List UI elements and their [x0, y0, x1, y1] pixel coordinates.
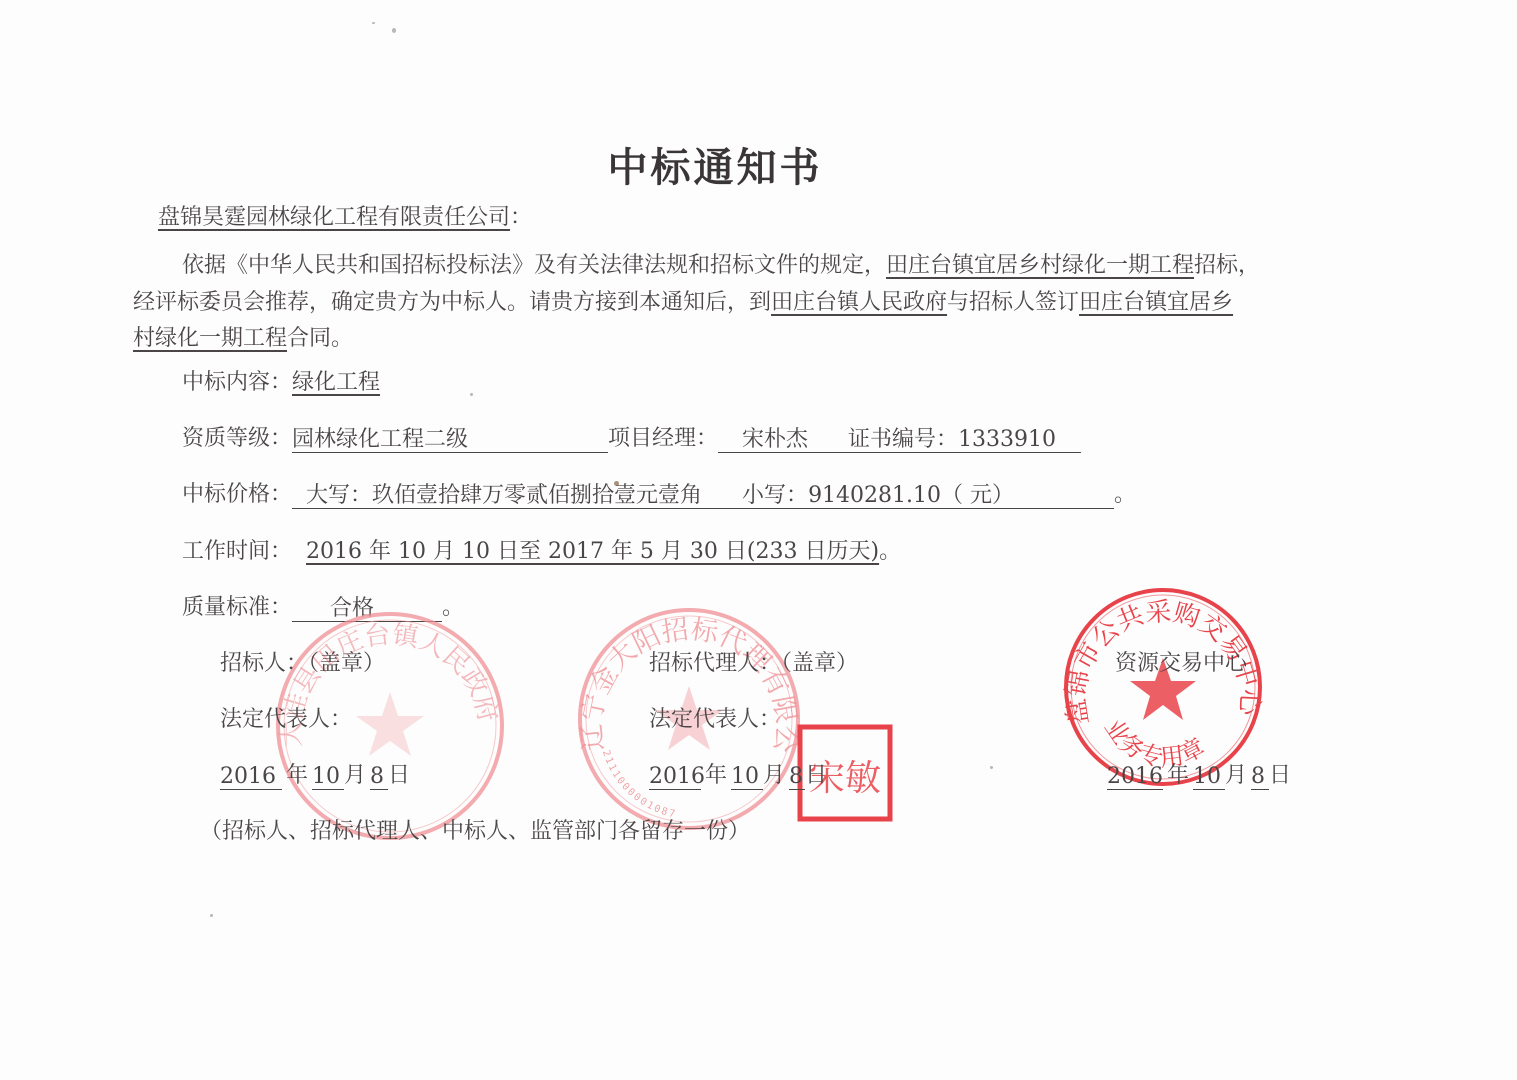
date-unit: 日	[805, 763, 827, 788]
body-text: 经评标委员会推荐，确定贵方为中标人。请贵方接到本通知后，到	[133, 290, 771, 315]
body-line-2: 经评标委员会推荐，确定贵方为中标人。请贵方接到本通知后，到田庄台镇人民政府与招标…	[133, 289, 1233, 317]
date-year: 2016	[220, 763, 282, 790]
date-day: 8	[1251, 763, 1269, 790]
exchange-center-label: 资源交易中心	[1115, 650, 1247, 678]
field-label: 资质等级：	[182, 426, 292, 451]
work-period-value: 2016 年 10 月 10 日至 2017 年 5 月 30 日(233 日历…	[292, 539, 879, 564]
body-line-3: 村绿化一期工程合同。	[133, 325, 353, 353]
field-label: 大写：	[292, 483, 372, 508]
price-in-figures: 9140281.10	[808, 483, 941, 508]
date-year: 2016	[649, 763, 701, 790]
signing-place: 田庄台镇人民政府	[771, 290, 947, 315]
date-day: 8	[370, 763, 388, 790]
addressee-company: 盘锦昊霆园林绿化工程有限责任公司	[158, 205, 510, 230]
scan-speck	[210, 914, 213, 917]
field-qualification: 资质等级：园林绿化工程二级项目经理：宋朴杰证书编号：1333910	[182, 425, 1081, 453]
footnote: （招标人、招标代理人、中标人、监管部门各留存一份）	[200, 818, 750, 846]
field-bid-content: 中标内容：绿化工程	[182, 369, 380, 397]
date-unit: 日	[388, 763, 410, 788]
certificate-number: 1333910	[958, 427, 1056, 452]
quality-standard-value: 合格	[292, 596, 374, 621]
agent-date: 2016年10月8日	[649, 762, 827, 790]
scan-speck	[392, 28, 396, 33]
project-manager-name: 宋朴杰	[718, 427, 808, 452]
scan-speck	[614, 481, 619, 486]
date-unit: 日	[1269, 763, 1291, 788]
document-title: 中标通知书	[0, 136, 1430, 193]
field-value: 园林绿化工程二级	[292, 427, 468, 452]
date-month: 10	[312, 763, 344, 790]
exchange-center-date: 2016年10月8日	[1107, 762, 1291, 790]
field-label: 证书编号：	[808, 427, 958, 452]
punctuation: 。	[442, 595, 464, 620]
field-bid-price: 中标价格：大写：玖佰壹拾肆万零贰佰捌拾壹元壹角小写：9140281.10（ 元）…	[182, 481, 1136, 509]
field-label: 质量标准：	[182, 595, 292, 620]
scan-speck	[990, 766, 993, 769]
body-text: 合同。	[287, 326, 353, 351]
field-label: 中标内容：	[182, 370, 292, 395]
date-month: 10	[731, 763, 763, 790]
project-name: 田庄台镇宜居乡村绿化一期工程	[886, 253, 1194, 278]
field-quality-standard: 质量标准：合格。	[182, 594, 464, 622]
date-unit: 年	[1163, 763, 1193, 788]
scan-speck	[470, 393, 473, 396]
date-unit: 年	[701, 763, 731, 788]
contract-project-name: 村绿化一期工程	[133, 326, 287, 351]
field-value-underline: 合格	[292, 595, 442, 622]
body-text: 与招标人签订	[947, 290, 1079, 315]
tenderer-rep-label: 法定代表人：	[220, 706, 352, 734]
date-unit: 月	[344, 763, 366, 788]
bid-award-notice-page: 中标通知书 盘锦昊霆园林绿化工程有限责任公司： 依据《中华人民共和国招标投标法》…	[0, 0, 1517, 1080]
contract-project-name: 田庄台镇宜居乡	[1079, 290, 1233, 315]
price-in-words: 玖佰壹拾肆万零贰佰捌拾壹元壹角	[372, 483, 702, 508]
scan-speck	[372, 22, 375, 24]
field-work-period: 工作时间：2016 年 10 月 10 日至 2017 年 5 月 30 日(2…	[182, 538, 901, 566]
field-value-underline: 大写：玖佰壹拾肆万零贰佰捌拾壹元壹角小写：9140281.10（ 元）	[292, 482, 1114, 509]
date-year: 2016	[1107, 763, 1163, 790]
field-value-underline: 园林绿化工程二级	[292, 426, 608, 453]
field-value-underline: 宋朴杰证书编号：1333910	[718, 426, 1081, 453]
field-label: 工作时间：	[182, 539, 292, 564]
date-unit: 月	[1225, 763, 1247, 788]
addressee-line: 盘锦昊霆园林绿化工程有限责任公司：	[158, 204, 532, 232]
punctuation: 。	[1114, 482, 1136, 507]
date-month: 10	[1193, 763, 1225, 790]
tenderer-label: 招标人：（盖章）	[220, 650, 385, 678]
field-label: 中标价格：	[182, 482, 292, 507]
agent-rep-label: 法定代表人：	[649, 706, 781, 734]
date-unit: 月	[763, 763, 785, 788]
date-unit: 年	[282, 763, 312, 788]
field-value: 绿化工程	[292, 370, 380, 395]
addressee-colon: ：	[510, 205, 532, 230]
punctuation: 。	[879, 539, 901, 564]
price-unit: （ 元）	[941, 483, 1014, 508]
body-text: 依据《中华人民共和国招标投标法》及有关法律法规和招标文件的规定，	[182, 253, 886, 278]
body-text: 招标，	[1194, 253, 1260, 278]
date-day: 8	[789, 763, 805, 790]
field-label: 小写：	[702, 483, 808, 508]
field-label: 项目经理：	[608, 426, 718, 451]
body-line-1: 依据《中华人民共和国招标投标法》及有关法律法规和招标文件的规定，田庄台镇宜居乡村…	[182, 252, 1260, 280]
tenderer-date: 2016年10月8日	[220, 762, 410, 790]
agent-label: 招标代理人：（盖章）	[649, 650, 858, 678]
exchange-center-seal: 盘锦市公共采购交易中心 业务专用章	[1062, 586, 1264, 788]
